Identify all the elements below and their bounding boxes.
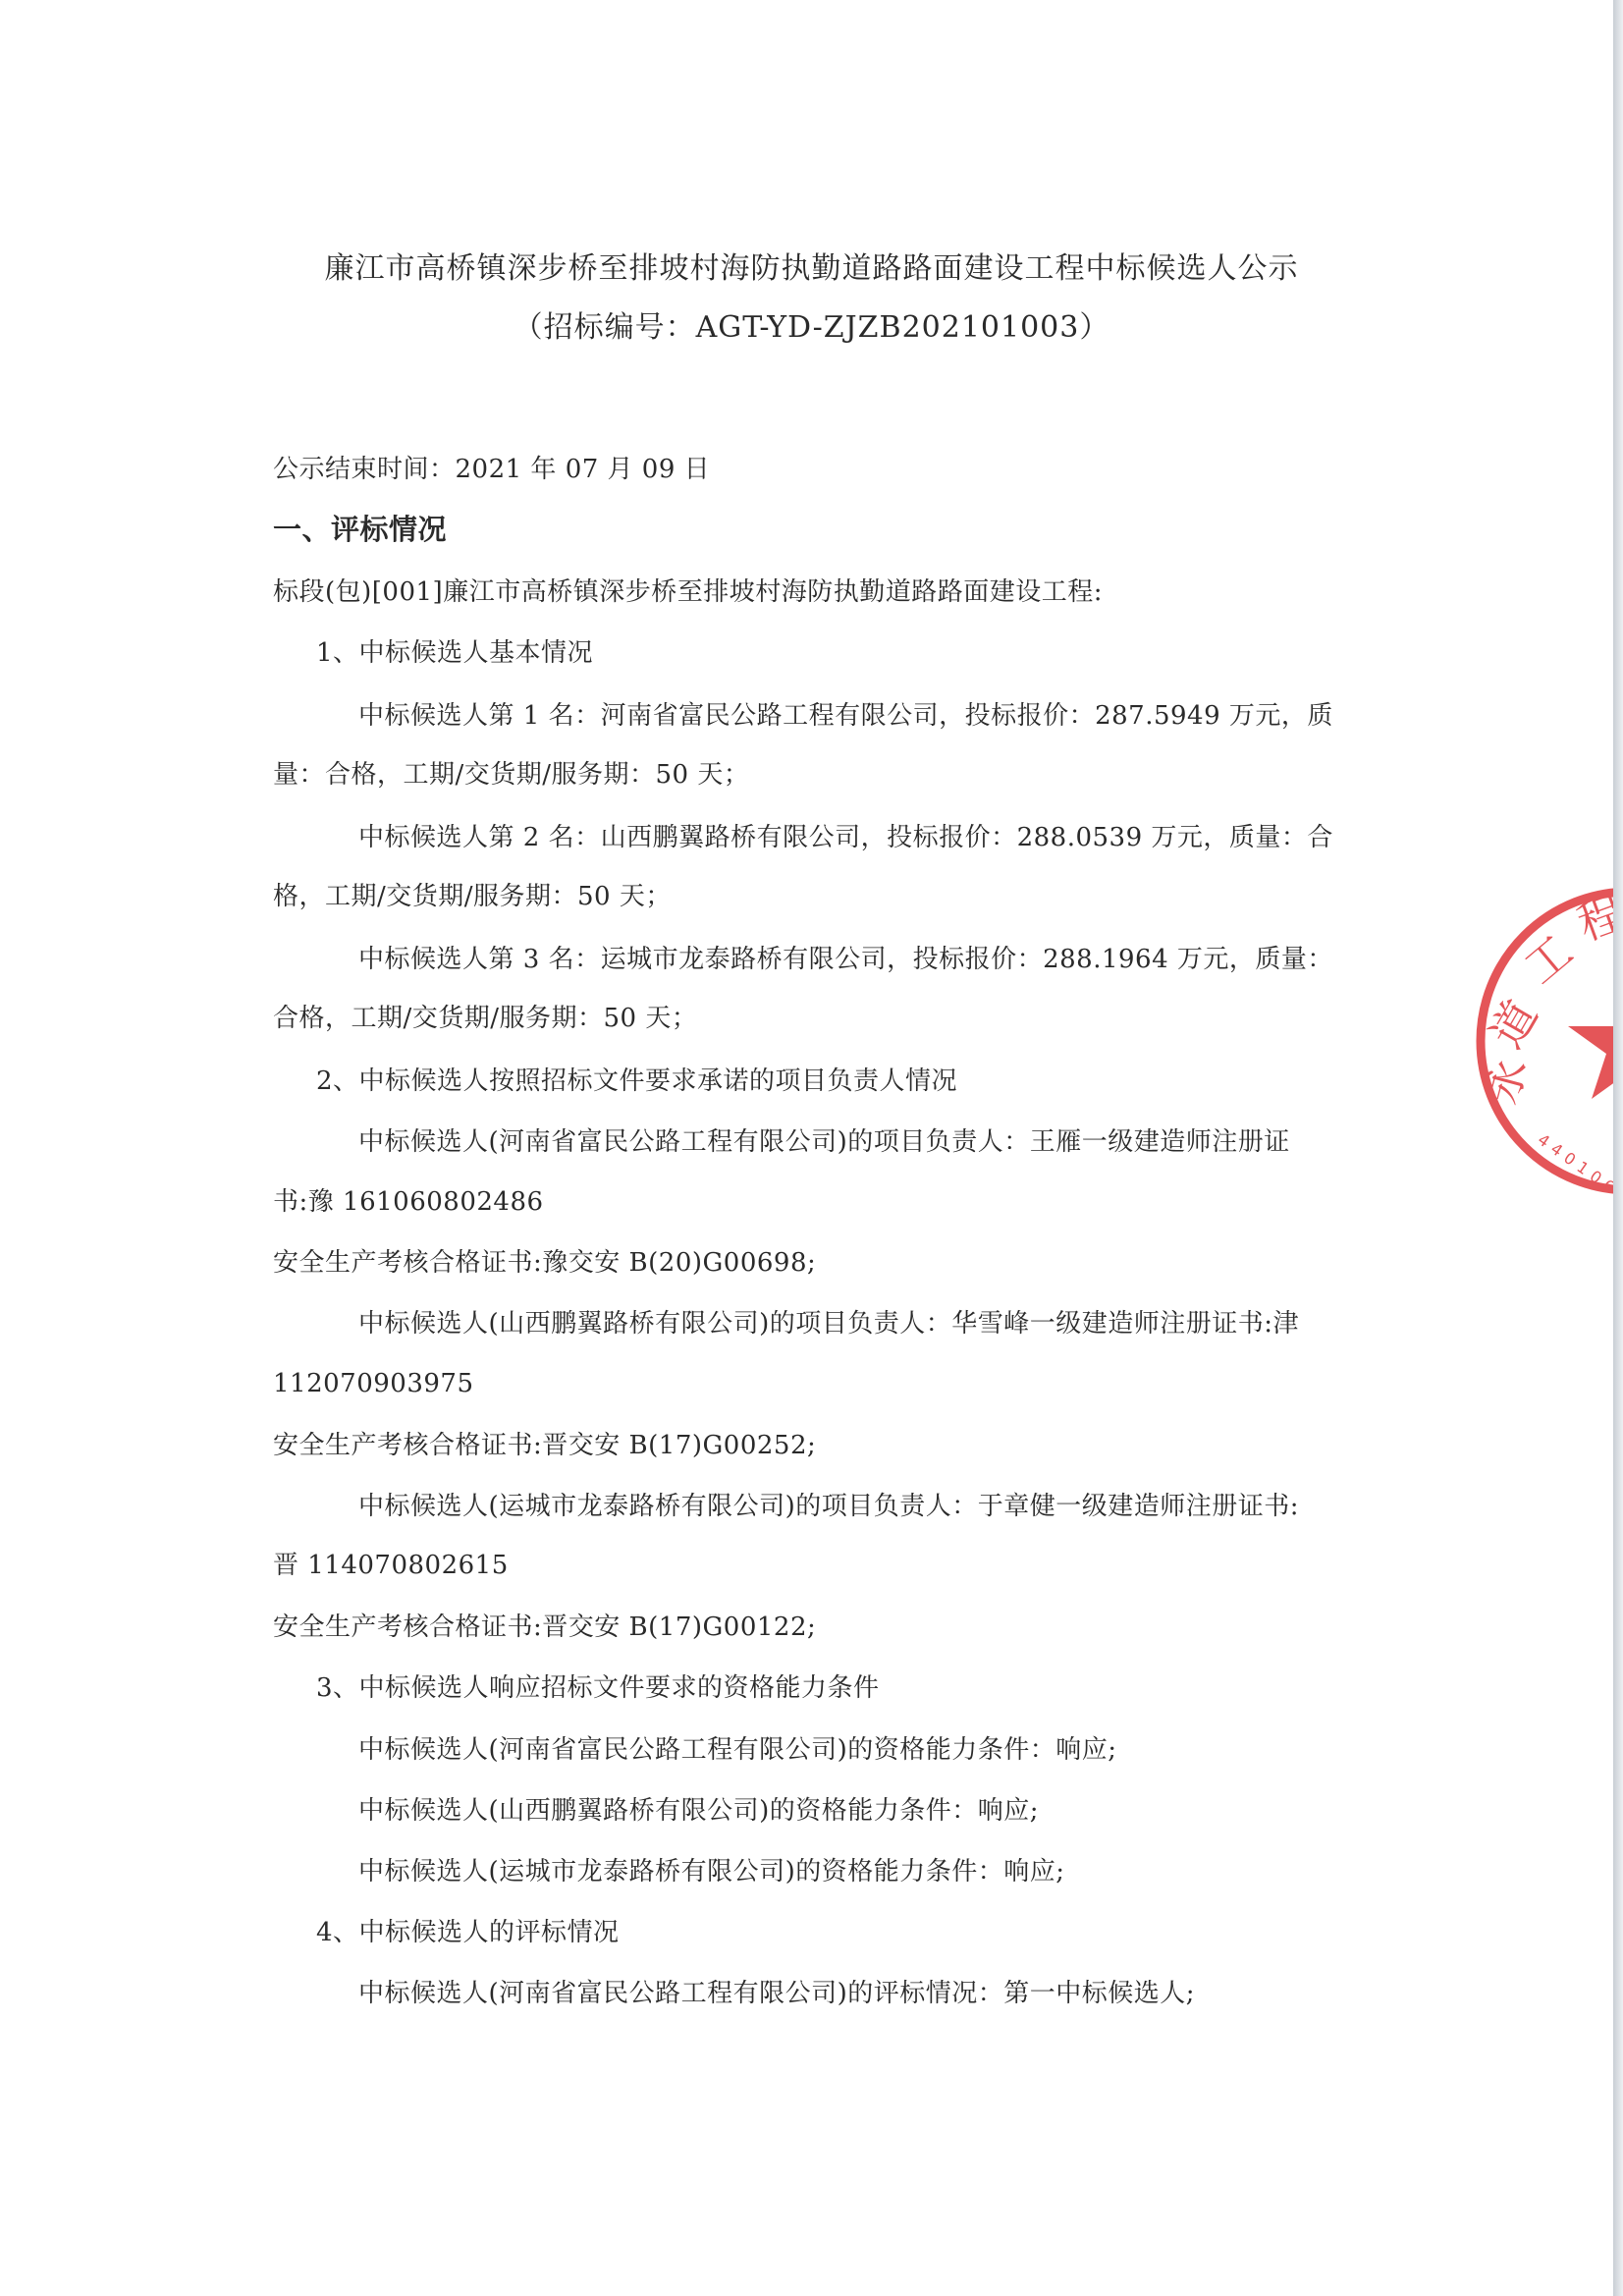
- stamp-number: 4401060: [1535, 1130, 1623, 1203]
- item1-heading: 1、中标候选人基本情况: [316, 636, 593, 670]
- item2-heading: 2、中标候选人按照招标文件要求承诺的项目负责人情况: [316, 1065, 957, 1098]
- stamp-char-1: 永: [1474, 1052, 1537, 1109]
- tender-code: （招标编号：AGT-YD-ZJZB202101003）: [0, 308, 1623, 348]
- document-page: 廉江市高桥镇深步桥至排坡村海防执勤道路路面建设工程中标候选人公示 （招标编号：A…: [0, 0, 1623, 2296]
- publicity-end-time: 公示结束时间：2021 年 07 月 09 日: [273, 453, 710, 486]
- item4-heading: 4、中标候选人的评标情况: [316, 1916, 620, 1949]
- candidate-3-line-a: 中标候选人第 3 名：运城市龙泰路桥有限公司，投标报价：288.1964 万元，…: [358, 943, 1333, 976]
- manager-1-line-a: 中标候选人(河南省富民公路工程有限公司)的项目负责人：王雁一级建造师注册证: [358, 1125, 1290, 1159]
- manager-3-line-b: 晋 114070802615: [273, 1549, 509, 1582]
- document-title: 廉江市高桥镇深步桥至排坡村海防执勤道路路面建设工程中标候选人公示: [0, 249, 1623, 289]
- candidate-3-line-b: 合格，工期/交货期/服务期：50 天；: [273, 1002, 697, 1035]
- manager-3-line-a: 中标候选人(运城市龙泰路桥有限公司)的项目负责人：于章健一级建造师注册证书:: [358, 1490, 1299, 1523]
- scan-edge-strip: [1613, 0, 1623, 2296]
- stamp-char-2: 道: [1480, 991, 1548, 1057]
- stamp-char-3: 工: [1514, 924, 1583, 994]
- qualification-1: 中标候选人(河南省富民公路工程有限公司)的资格能力条件：响应;: [358, 1733, 1117, 1767]
- candidate-2-line-a: 中标候选人第 2 名：山西鹏翼路桥有限公司，投标报价：288.0539 万元，质…: [358, 821, 1333, 854]
- lot-line: 标段(包)[001]廉江市高桥镇深步桥至排坡村海防执勤道路路面建设工程:: [273, 575, 1103, 609]
- manager-1-line-b: 书:豫 161060802486: [273, 1185, 544, 1219]
- manager-2-safety: 安全生产考核合格证书:晋交安 B(17)G00252;: [273, 1429, 816, 1462]
- evaluation-1: 中标候选人(河南省富民公路工程有限公司)的评标情况：第一中标候选人;: [358, 1977, 1195, 2010]
- qualification-2: 中标候选人(山西鹏翼路桥有限公司)的资格能力条件：响应;: [358, 1794, 1039, 1828]
- manager-2-line-a: 中标候选人(山西鹏翼路桥有限公司)的项目负责人：华雪峰一级建造师注册证书:津: [358, 1307, 1299, 1340]
- candidate-2-line-b: 格，工期/交货期/服务期：50 天；: [273, 880, 672, 913]
- manager-3-safety: 安全生产考核合格证书:晋交安 B(17)G00122;: [273, 1611, 816, 1644]
- item3-heading: 3、中标候选人响应招标文件要求的资格能力条件: [316, 1671, 880, 1705]
- qualification-3: 中标候选人(运城市龙泰路桥有限公司)的资格能力条件：响应;: [358, 1855, 1065, 1888]
- company-seal-stamp: 永 道 工 程 4401060: [1468, 879, 1623, 1203]
- section-heading: 一、评标情况: [273, 513, 447, 546]
- manager-2-line-b: 112070903975: [273, 1367, 474, 1400]
- manager-1-safety: 安全生产考核合格证书:豫交安 B(20)G00698;: [273, 1246, 816, 1280]
- candidate-1-line-b: 量：合格，工期/交货期/服务期：50 天；: [273, 758, 749, 792]
- candidate-1-line-a: 中标候选人第 1 名：河南省富民公路工程有限公司，投标报价：287.5949 万…: [358, 699, 1333, 733]
